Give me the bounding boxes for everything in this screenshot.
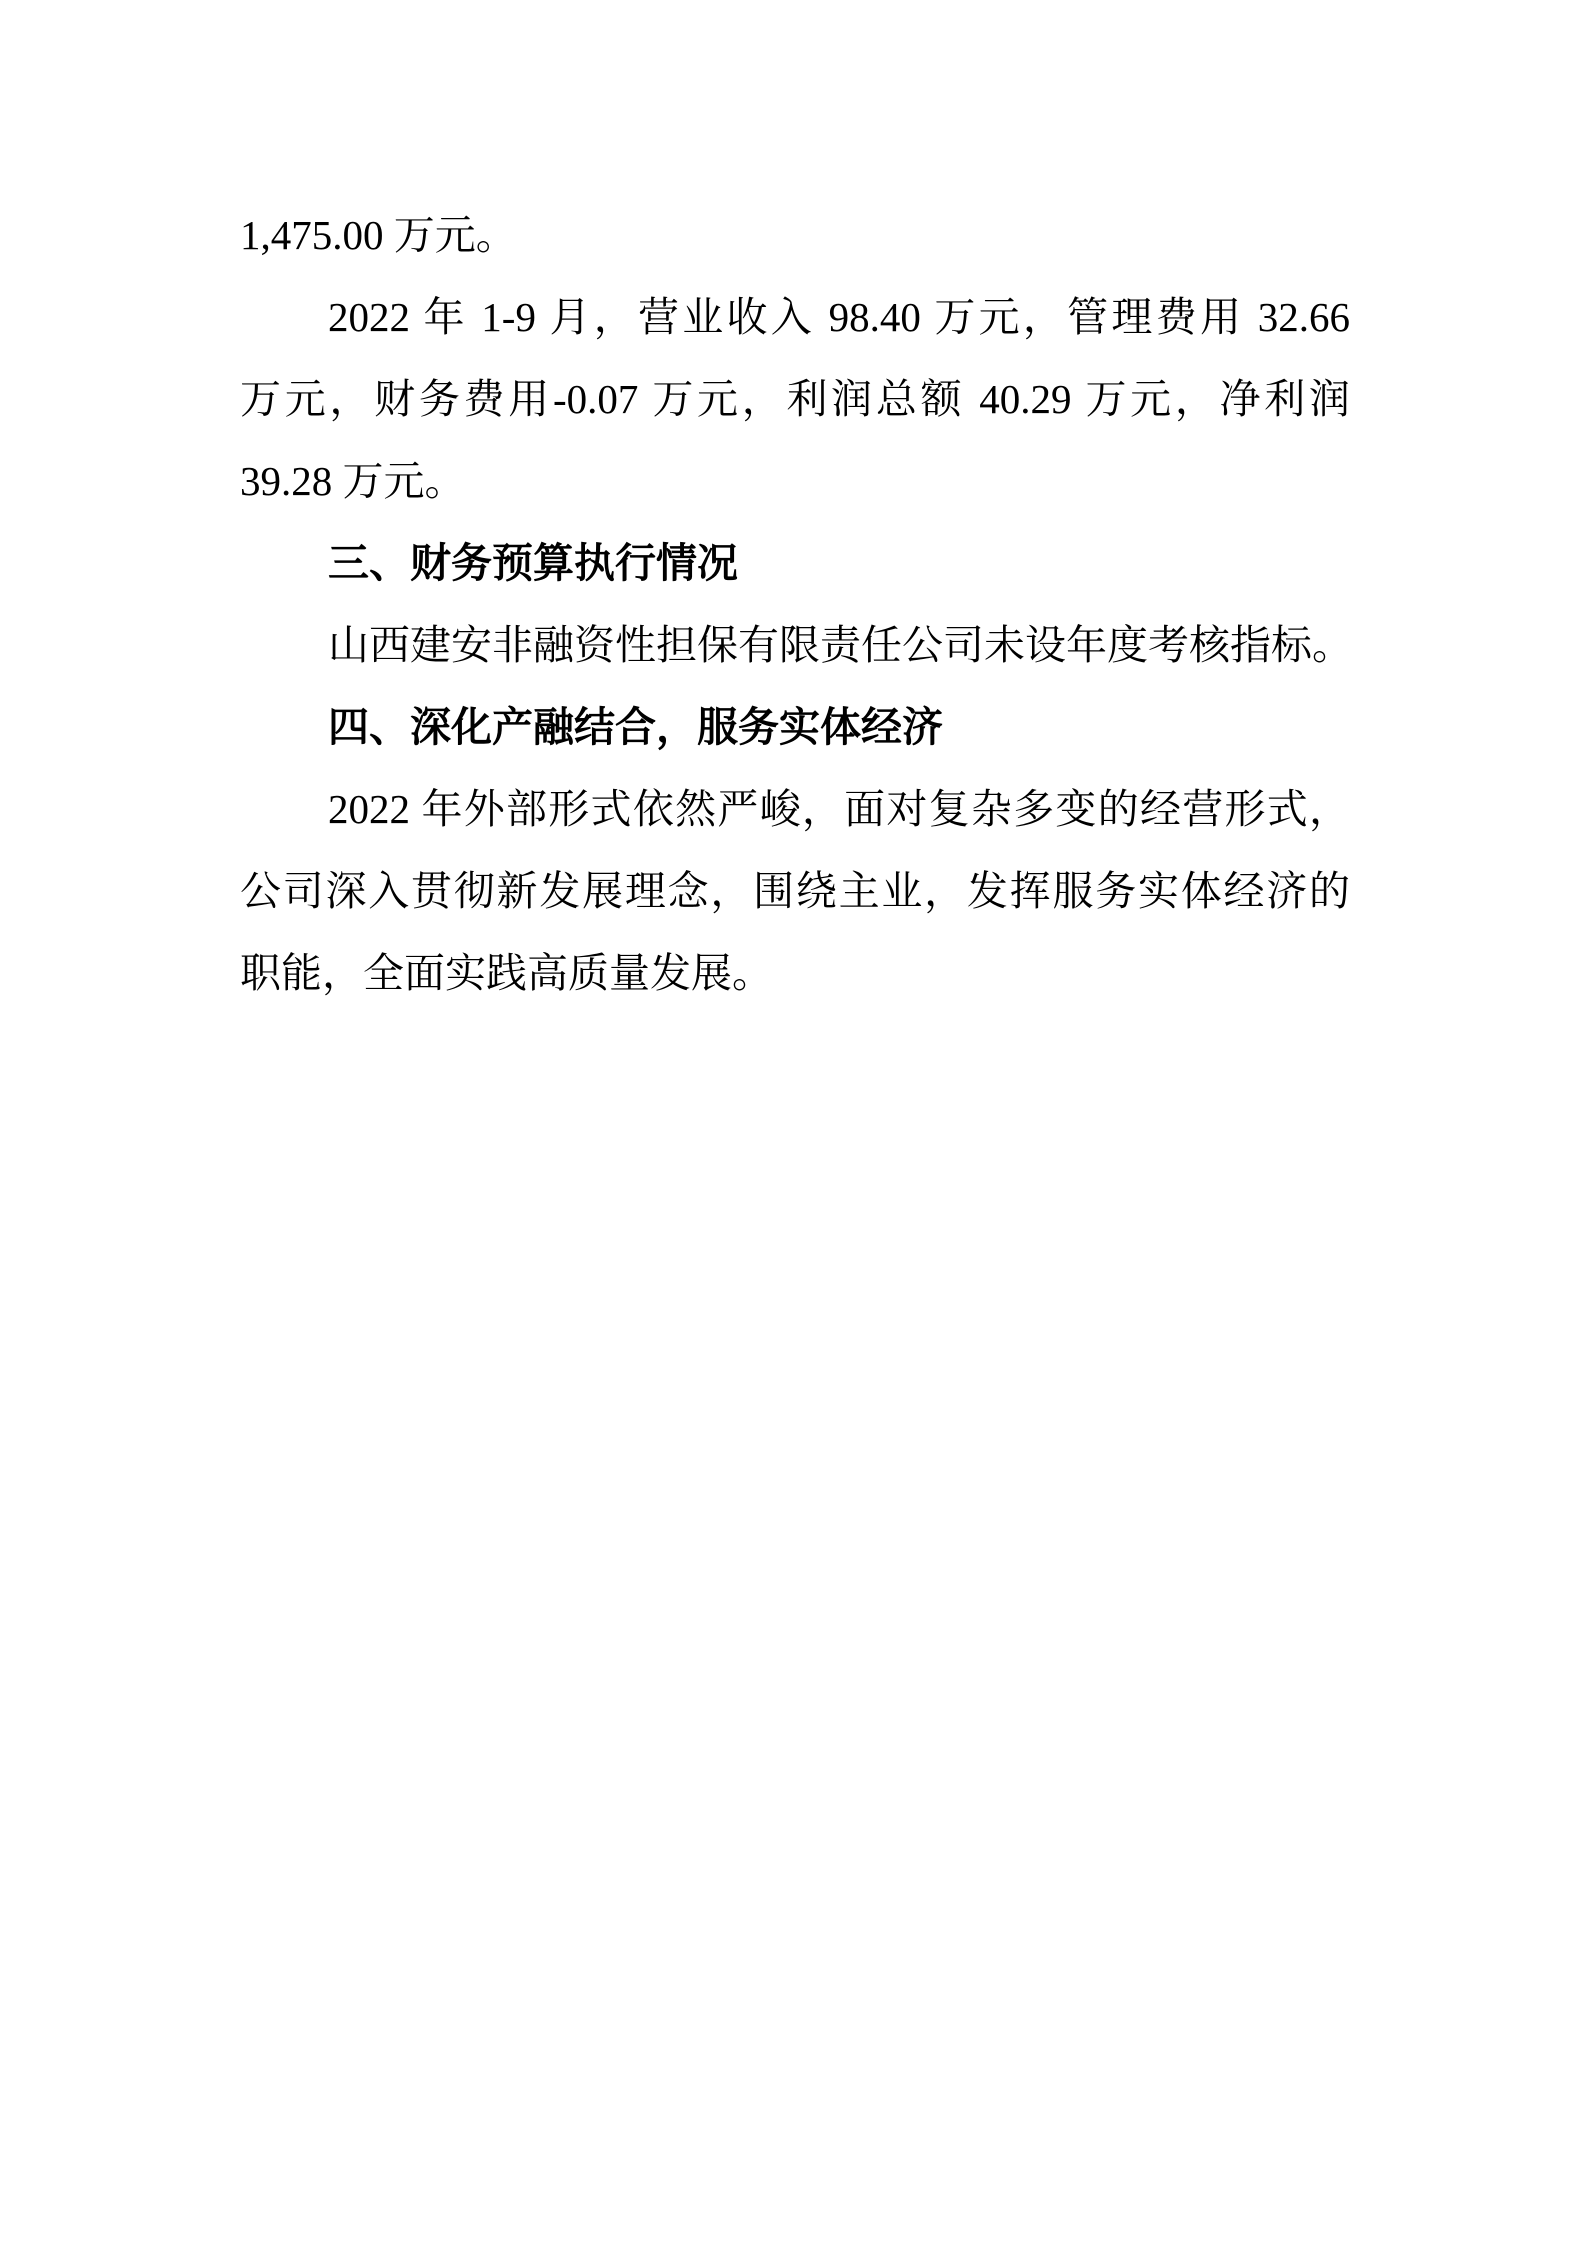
paragraph-line-net-profit: 39.28 万元。	[240, 440, 1350, 522]
section-heading-industry-finance: 四、深化产融结合，服务实体经济	[240, 686, 1350, 768]
paragraph-line-philosophy: 公司深入贯彻新发展理念，围绕主业，发挥服务实体经济的	[240, 850, 1350, 932]
paragraph-line-environment: 2022 年外部形式依然严峻，面对复杂多变的经营形式，	[240, 768, 1350, 850]
paragraph-line-revenue: 2022 年 1-9 月，营业收入 98.40 万元，管理费用 32.66	[240, 276, 1350, 358]
paragraph-line-amount: 1,475.00 万元。	[240, 194, 1350, 276]
paragraph-line-no-kpi: 山西建安非融资性担保有限责任公司未设年度考核指标。	[240, 604, 1350, 686]
section-heading-budget-execution: 三、财务预算执行情况	[240, 522, 1350, 604]
paragraph-line-expenses: 万元，财务费用-0.07 万元，利润总额 40.29 万元，净利润	[240, 358, 1350, 440]
document-page: 1,475.00 万元。 2022 年 1-9 月，营业收入 98.40 万元，…	[0, 0, 1587, 2245]
paragraph-line-quality-development: 职能，全面实践高质量发展。	[240, 932, 1350, 1014]
document-body: 1,475.00 万元。 2022 年 1-9 月，营业收入 98.40 万元，…	[240, 194, 1350, 1014]
